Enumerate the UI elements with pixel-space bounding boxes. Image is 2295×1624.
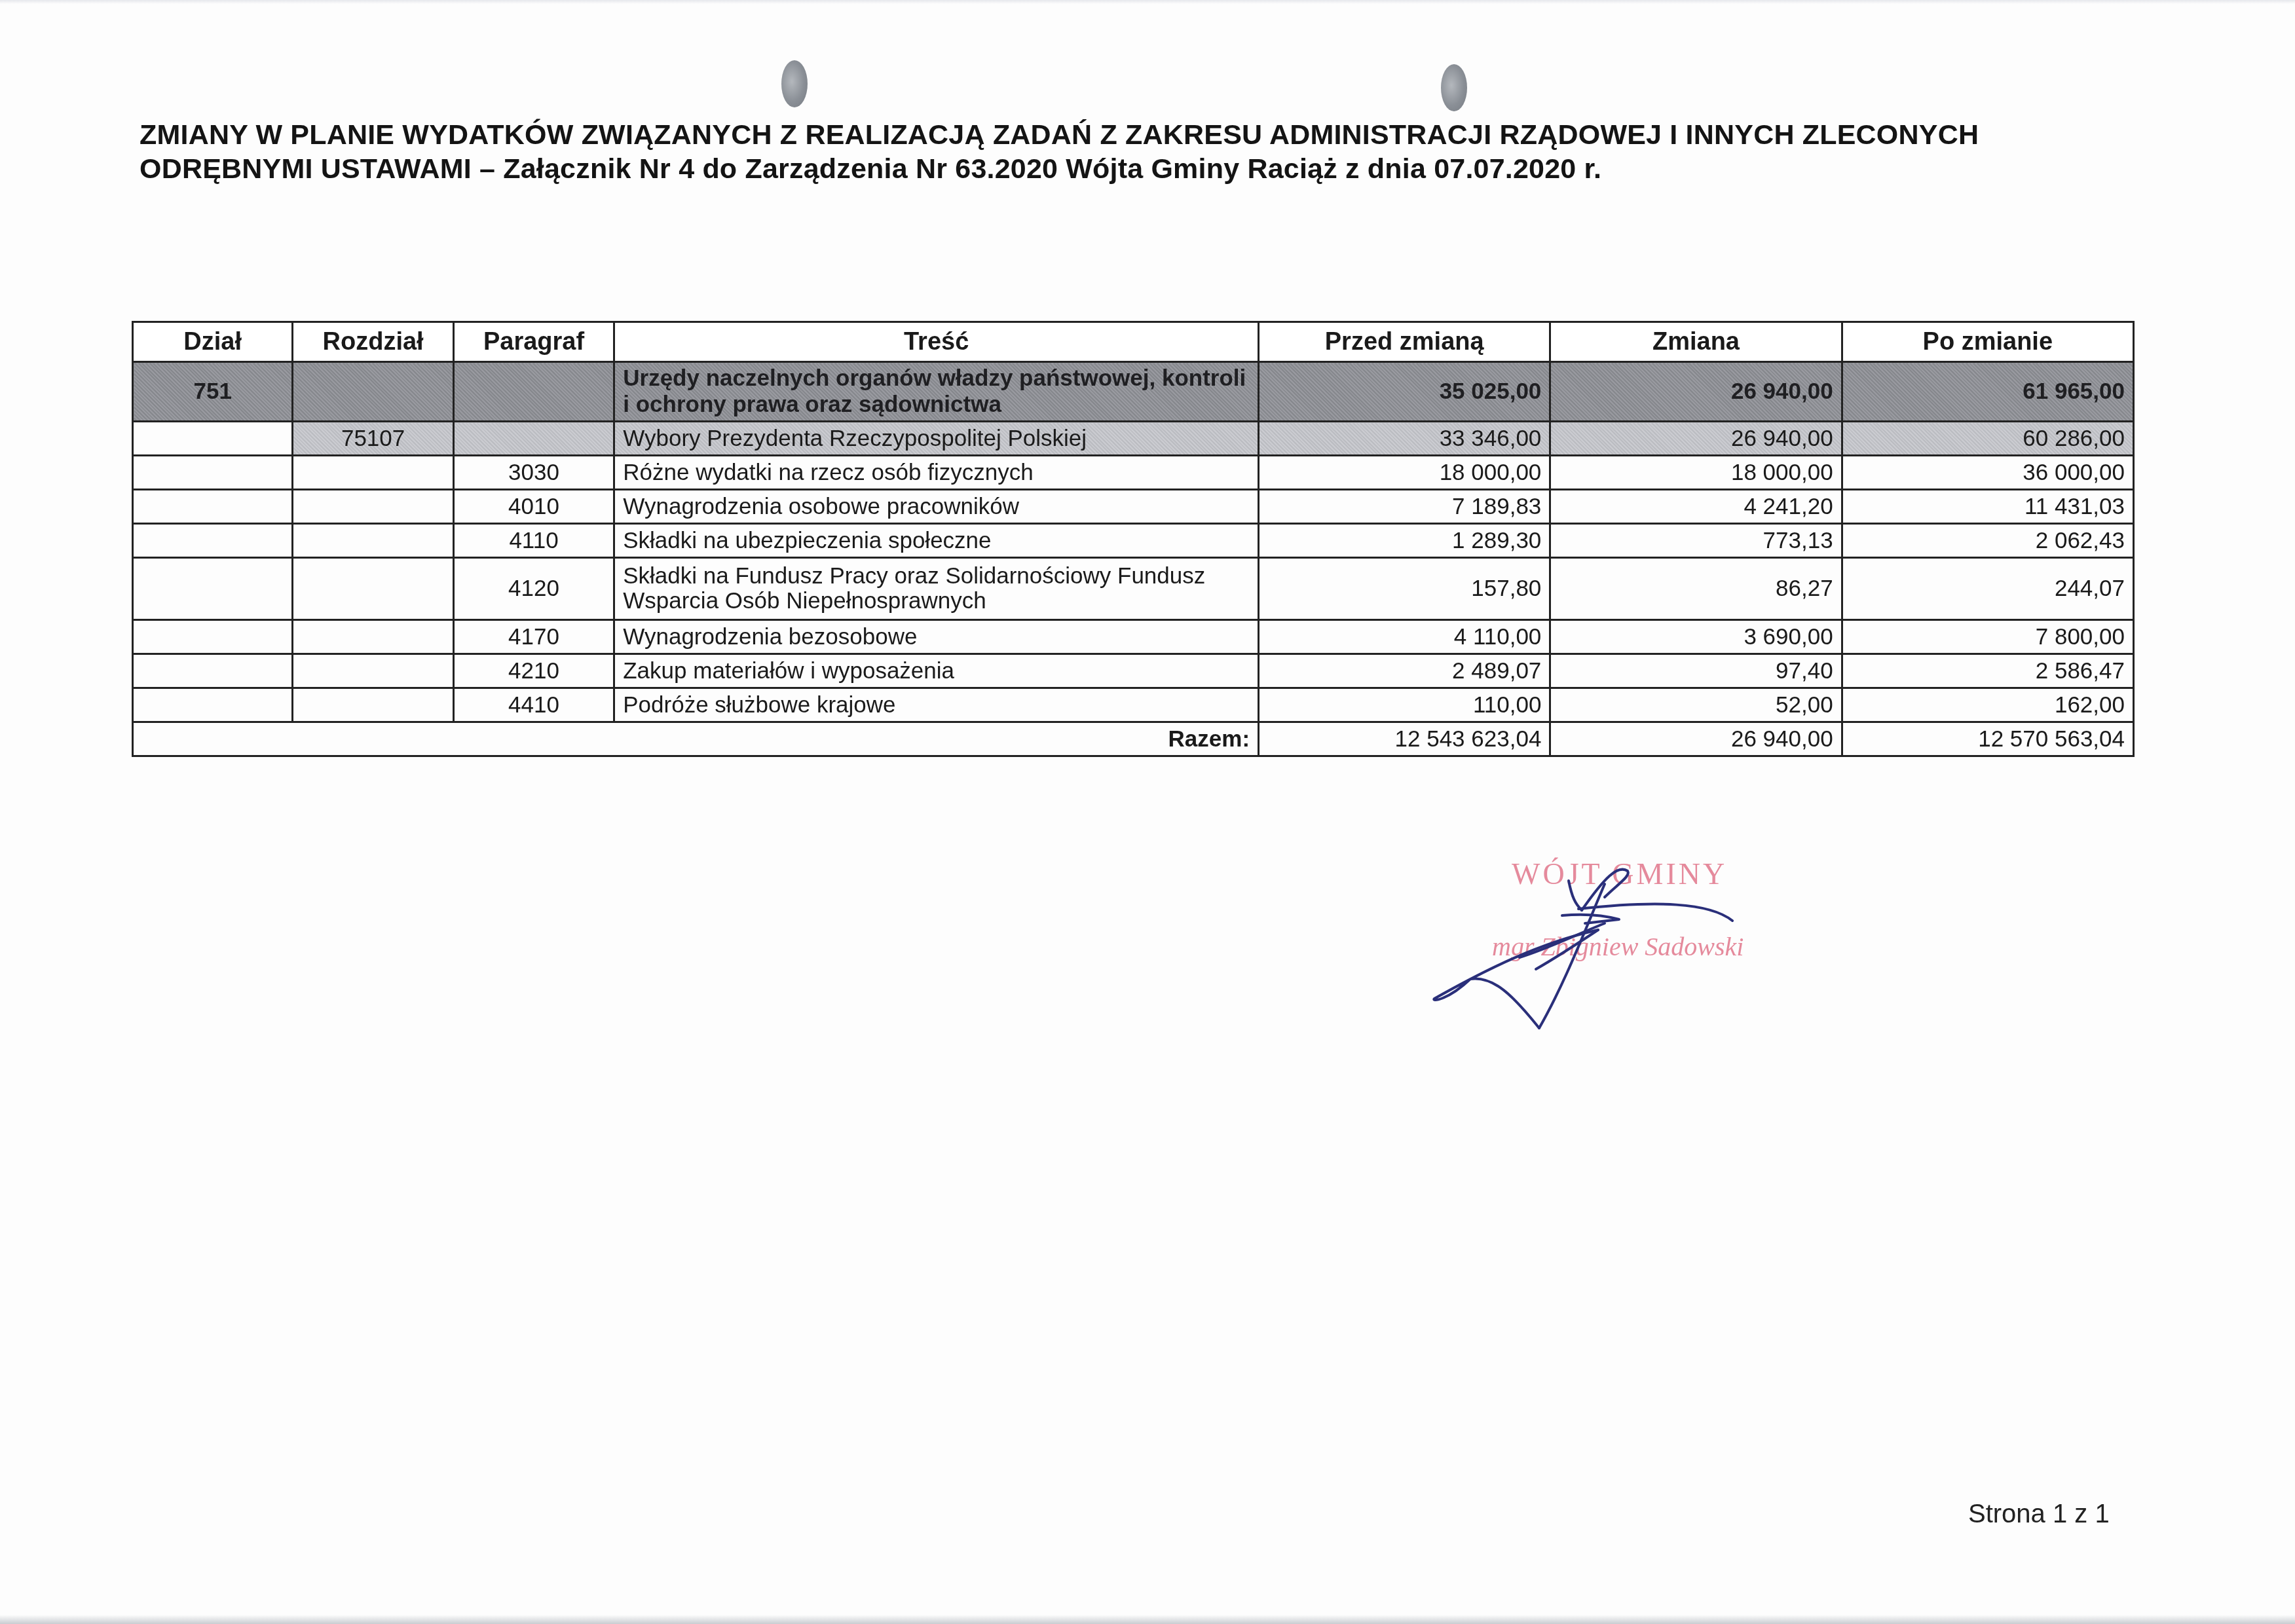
cell-zmiana: 86,27 [1550,558,1842,620]
cell-zmiana: 26 940,00 [1550,362,1842,422]
cell-tresc: Podróże służbowe krajowe [614,688,1259,722]
scan-edge-bottom [0,1615,2295,1624]
handwritten-signature [1408,838,2030,1048]
cell-paragraf: 4110 [453,524,614,558]
cell-rozdzial [293,456,453,490]
cell-dzial [133,490,293,524]
cell-tresc: Zakup materiałów i wyposażenia [614,654,1259,688]
table-row: 4410 Podróże służbowe krajowe 110,00 52,… [133,688,2134,722]
table-row-rozdzial: 75107 Wybory Prezydenta Rzeczypospolitej… [133,422,2134,456]
cell-przed-zmiana: 2 489,07 [1259,654,1550,688]
cell-rozdzial [293,524,453,558]
cell-zmiana: 3 690,00 [1550,620,1842,654]
cell-przed-zmiana: 110,00 [1259,688,1550,722]
table-row: 4110 Składki na ubezpieczenia społeczne … [133,524,2134,558]
table-row-total: Razem: 12 543 623,04 26 940,00 12 570 56… [133,722,2134,756]
cell-paragraf [453,362,614,422]
page-number: Strona 1 z 1 [1968,1500,2110,1529]
cell-zmiana: 4 241,20 [1550,490,1842,524]
cell-dzial [133,620,293,654]
total-label: Razem: [133,722,1259,756]
cell-przed-zmiana: 7 189,83 [1259,490,1550,524]
cell-tresc: Wynagrodzenia osobowe pracowników [614,490,1259,524]
cell-paragraf: 4210 [453,654,614,688]
cell-paragraf [453,422,614,456]
cell-przed-zmiana: 1 289,30 [1259,524,1550,558]
title-line-2: ODRĘBNYMI USTAWAMI – Załącznik Nr 4 do Z… [140,152,2170,186]
cell-rozdzial [293,620,453,654]
cell-przed-zmiana: 4 110,00 [1259,620,1550,654]
table-header-row: Dział Rozdział Paragraf Treść Przed zmia… [133,322,2134,362]
total-zmiana: 26 940,00 [1550,722,1842,756]
expenditure-changes-table: Dział Rozdział Paragraf Treść Przed zmia… [132,321,2135,757]
cell-rozdzial [293,490,453,524]
header-dzial: Dział [133,322,293,362]
header-po-zmianie: Po zmianie [1842,322,2133,362]
cell-dzial [133,558,293,620]
cell-dzial [133,654,293,688]
header-zmiana: Zmiana [1550,322,1842,362]
table-row: 4170 Wynagrodzenia bezosobowe 4 110,00 3… [133,620,2134,654]
scan-edge-top [0,0,2295,4]
cell-po-zmianie: 11 431,03 [1842,490,2133,524]
cell-po-zmianie: 7 800,00 [1842,620,2133,654]
cell-tresc: Różne wydatki na rzecz osób fizycznych [614,456,1259,490]
cell-po-zmianie: 61 965,00 [1842,362,2133,422]
table-row: 4010 Wynagrodzenia osobowe pracowników 7… [133,490,2134,524]
cell-zmiana: 52,00 [1550,688,1842,722]
cell-zmiana: 773,13 [1550,524,1842,558]
total-po-zmianie: 12 570 563,04 [1842,722,2133,756]
cell-rozdzial [293,654,453,688]
cell-po-zmianie: 2 586,47 [1842,654,2133,688]
header-tresc: Treść [614,322,1259,362]
cell-paragraf: 4170 [453,620,614,654]
table-row: 4210 Zakup materiałów i wyposażenia 2 48… [133,654,2134,688]
cell-rozdzial [293,558,453,620]
header-przed-zmiana: Przed zmianą [1259,322,1550,362]
cell-paragraf: 3030 [453,456,614,490]
cell-dzial [133,422,293,456]
total-przed-zmiana: 12 543 623,04 [1259,722,1550,756]
cell-zmiana: 18 000,00 [1550,456,1842,490]
table-row: 3030 Różne wydatki na rzecz osób fizyczn… [133,456,2134,490]
cell-po-zmianie: 162,00 [1842,688,2133,722]
cell-paragraf: 4010 [453,490,614,524]
cell-po-zmianie: 2 062,43 [1842,524,2133,558]
cell-przed-zmiana: 18 000,00 [1259,456,1550,490]
cell-przed-zmiana: 35 025,00 [1259,362,1550,422]
title-line-1: ZMIANY W PLANIE WYDATKÓW ZWIĄZANYCH Z RE… [140,118,2170,152]
cell-tresc: Składki na ubezpieczenia społeczne [614,524,1259,558]
cell-tresc: Urzędy naczelnych organów władzy państwo… [614,362,1259,422]
cell-przed-zmiana: 157,80 [1259,558,1550,620]
cell-paragraf: 4410 [453,688,614,722]
cell-zmiana: 26 940,00 [1550,422,1842,456]
cell-dzial [133,524,293,558]
cell-dzial [133,456,293,490]
cell-dzial: 751 [133,362,293,422]
cell-przed-zmiana: 33 346,00 [1259,422,1550,456]
header-rozdzial: Rozdział [293,322,453,362]
cell-rozdzial [293,362,453,422]
cell-rozdzial: 75107 [293,422,453,456]
cell-paragraf: 4120 [453,558,614,620]
cell-po-zmianie: 60 286,00 [1842,422,2133,456]
cell-rozdzial [293,688,453,722]
cell-po-zmianie: 36 000,00 [1842,456,2133,490]
punch-hole-left [781,60,808,107]
table-row: 4120 Składki na Fundusz Pracy oraz Solid… [133,558,2134,620]
punch-hole-right [1441,64,1467,111]
header-paragraf: Paragraf [453,322,614,362]
cell-po-zmianie: 244,07 [1842,558,2133,620]
document-title: ZMIANY W PLANIE WYDATKÓW ZWIĄZANYCH Z RE… [140,118,2170,186]
cell-tresc: Wybory Prezydenta Rzeczypospolitej Polsk… [614,422,1259,456]
cell-tresc: Składki na Fundusz Pracy oraz Solidarnoś… [614,558,1259,620]
table-row-dzial: 751 Urzędy naczelnych organów władzy pań… [133,362,2134,422]
cell-dzial [133,688,293,722]
cell-zmiana: 97,40 [1550,654,1842,688]
cell-tresc: Wynagrodzenia bezosobowe [614,620,1259,654]
